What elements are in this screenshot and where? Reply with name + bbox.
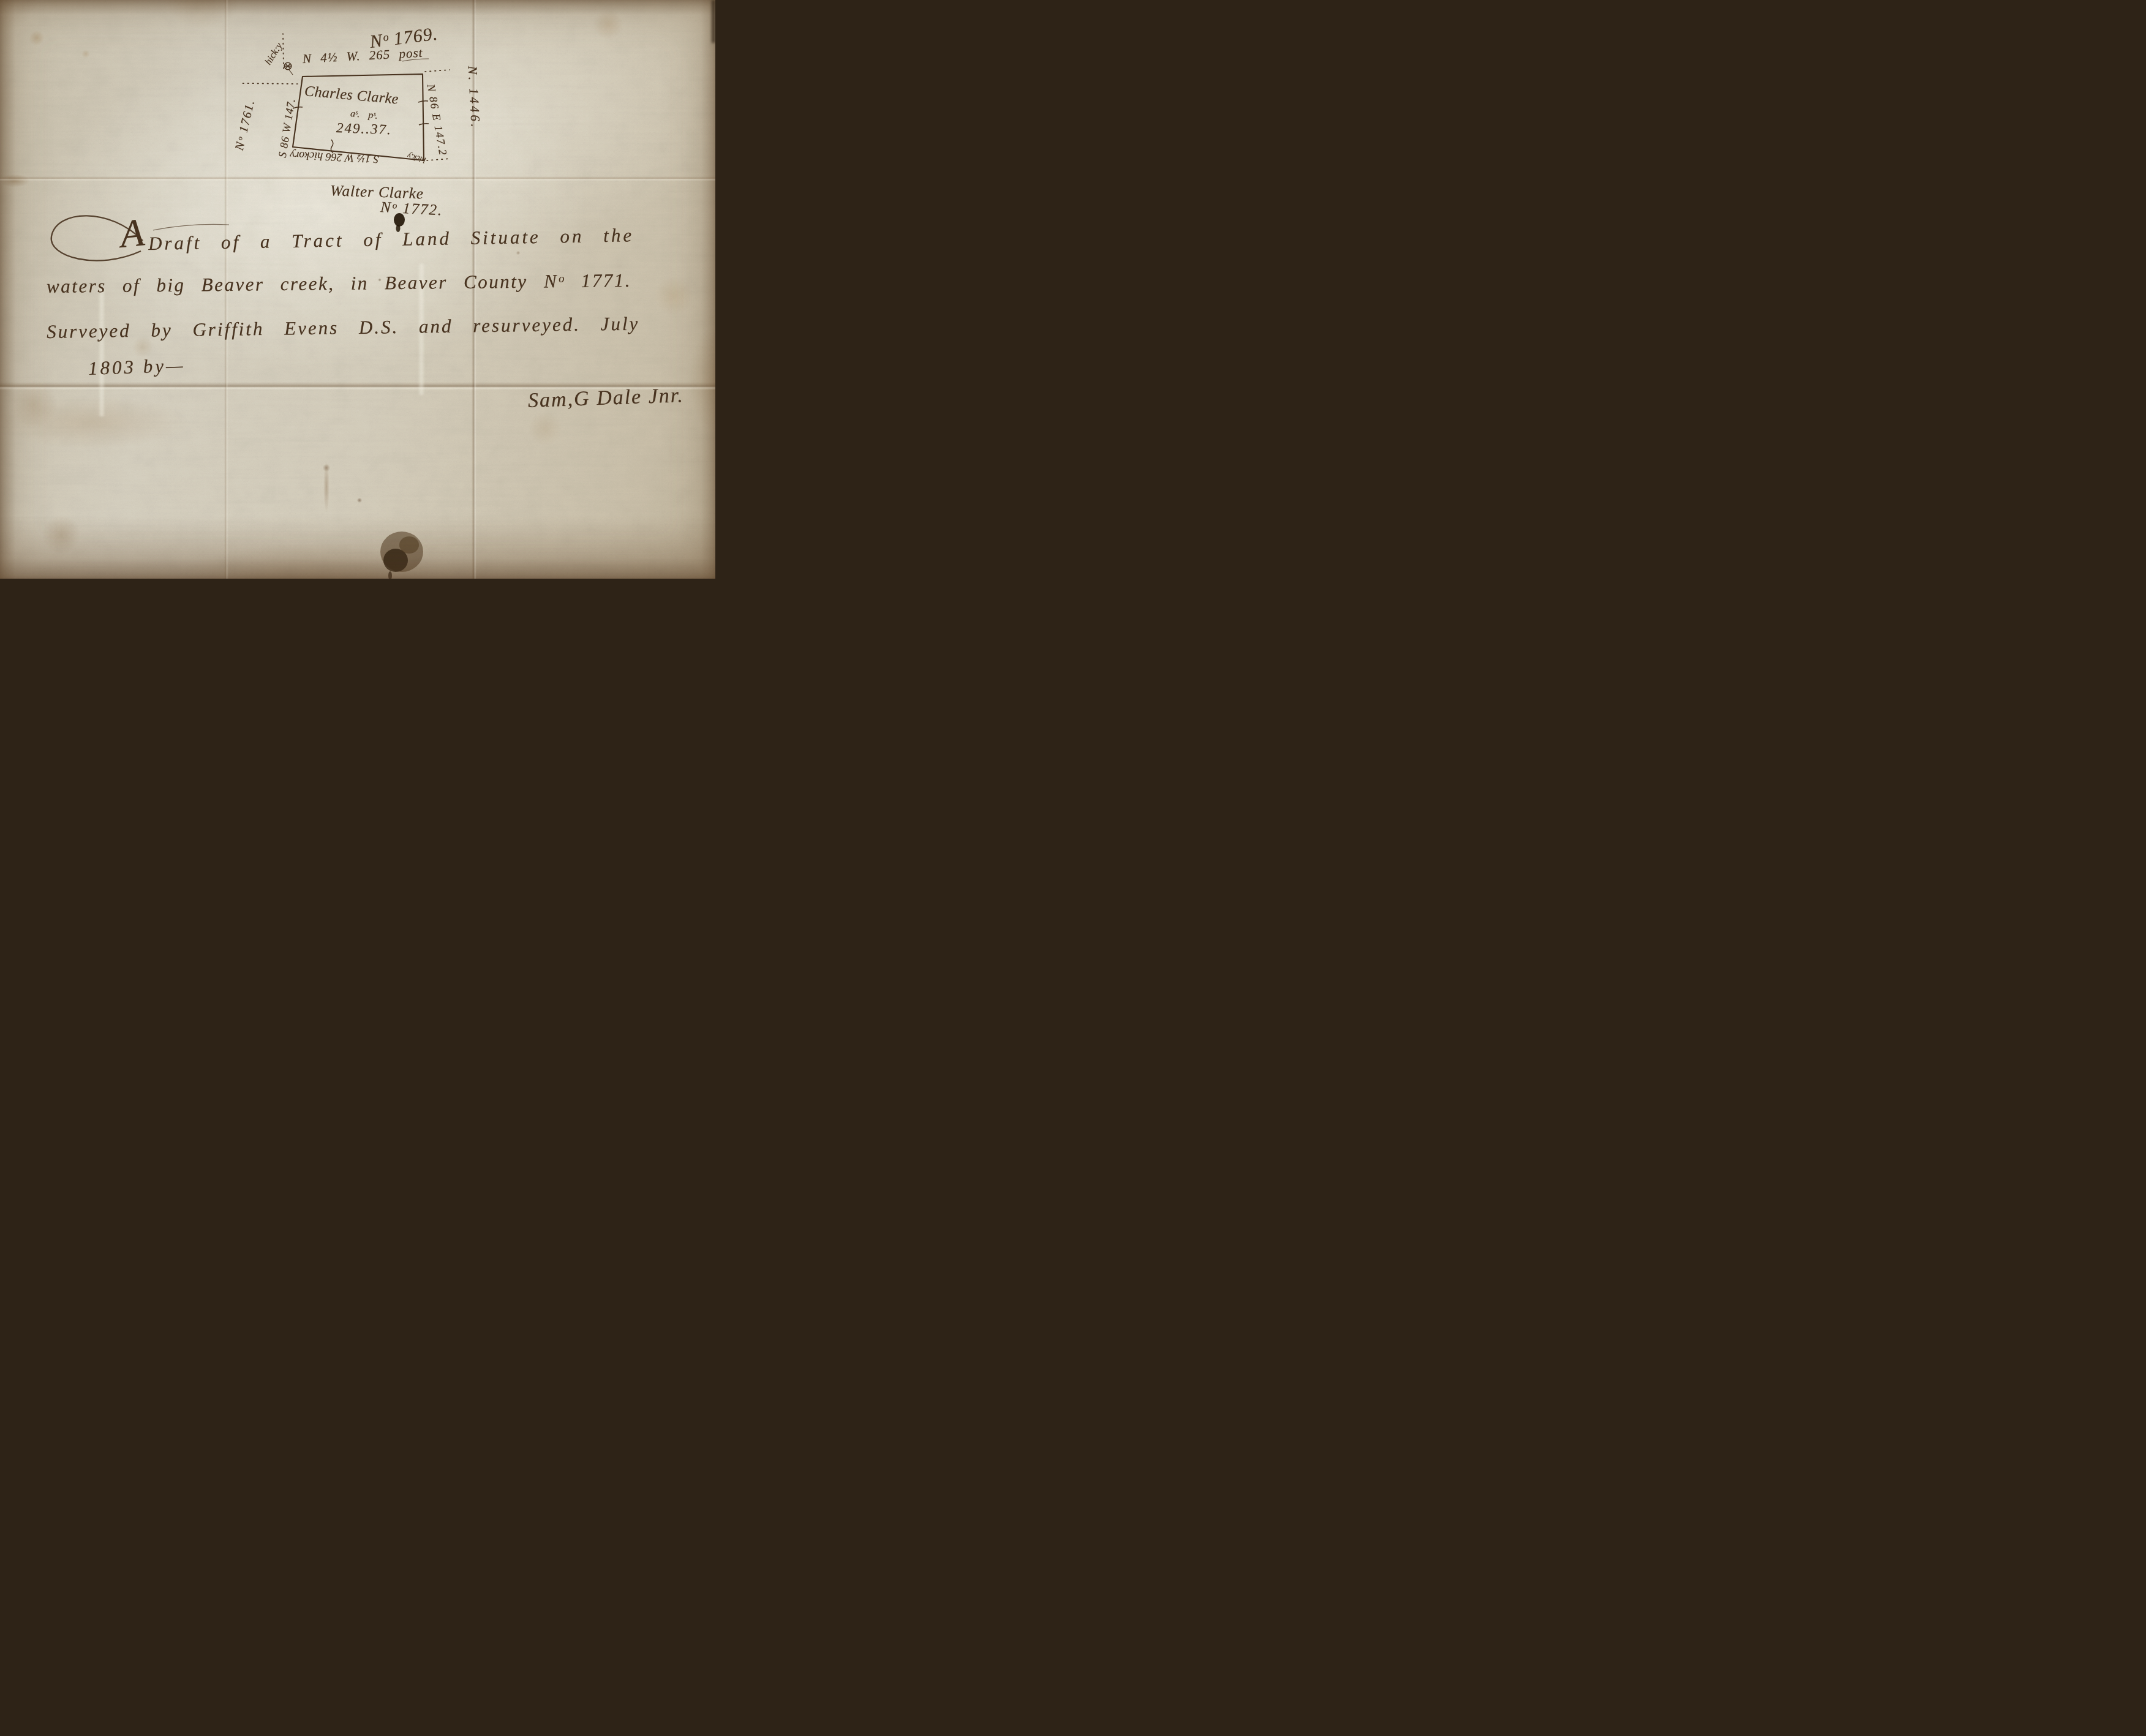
caption-line-3: Surveyed by Griffith Evens D.S. and resu… — [47, 312, 640, 343]
tract-owner-name: Charles Clarke — [304, 83, 399, 108]
south-bearing-label: S 1½ W 266 hickory — [285, 148, 385, 166]
dotted-line-northwest — [283, 34, 284, 69]
dotted-line-east-upper — [425, 70, 450, 72]
west-neighbor-number-label: Nᵒ 1761. — [233, 98, 258, 152]
photo-background-sliver — [712, 0, 715, 43]
caption-line-2: waters of big Beaver creek, in Beaver Co… — [47, 269, 631, 298]
area-value: 249..37. — [336, 120, 393, 138]
ink-blot-large — [380, 532, 423, 579]
water-streak — [98, 288, 105, 416]
dotted-line-west — [241, 83, 298, 84]
north-bearing-label: N 4½ W. 265 post — [302, 45, 423, 67]
southeast-corner-tree-label: hick.y — [406, 151, 427, 165]
initial-crossbar-flourish — [153, 224, 229, 230]
east-bearing-label: N 86 E 147.2 — [424, 83, 450, 157]
horizontal-fold-upper — [0, 176, 715, 181]
caption-initial-letter: A — [118, 209, 146, 257]
caption-line-1: Draft of a Tract of Land Situate on the — [148, 224, 634, 255]
caption-line-4: 1803 by— — [88, 354, 186, 380]
edge-tick — [419, 124, 429, 125]
survey-document: Nᵒ 1769. N 4½ W. 265 post hick:y Nᵒ 1761… — [0, 0, 715, 579]
south-neighbor-name: Walter Clarke — [330, 182, 424, 203]
south-neighbor-number: Nᵒ 1772. — [380, 199, 443, 219]
area-units-label: aˢ. pˢ. — [350, 108, 378, 122]
surveyor-signature: Sam,G Dale Jnr. — [527, 384, 684, 413]
tree-symbol-icon — [284, 62, 293, 75]
east-neighbor-number-label: N. 1446. — [465, 66, 483, 130]
northwest-corner-tree-label: hick:y — [263, 41, 285, 67]
dotted-line-east-lower — [427, 159, 451, 160]
